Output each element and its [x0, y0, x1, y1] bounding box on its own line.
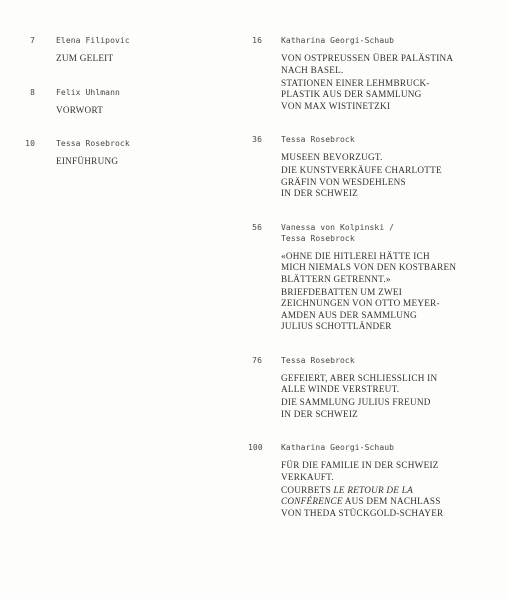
toc-column-left: 7Elena FilipovicZUM GELEIT8Felix Uhlmann…	[25, 35, 240, 190]
title-group: BRIEFDEBATTEN UM ZWEIZEICHNUNGEN VON OTT…	[281, 287, 503, 333]
title-line: CONFÉRENCE AUS DEM NACHLASS	[281, 496, 503, 508]
title-line: GRÄFIN VON WESDEHLENS	[281, 177, 503, 189]
title-line-segment: PLASTIK AUS DER SAMMLUNG	[281, 89, 422, 99]
title-line: ZEICHNUNGEN VON OTTO MEYER-	[281, 298, 503, 310]
title-line-segment: AMDEN AUS DER SAMMLUNG	[281, 310, 417, 320]
title-line: IN DER SCHWEIZ	[281, 188, 503, 200]
entry-authors: Vanessa von Kolpinski /Tessa Rosebrock	[281, 222, 503, 244]
page-number: 56	[248, 222, 262, 233]
title-line: AMDEN AUS DER SAMMLUNG	[281, 310, 503, 322]
title-group: VORWORT	[56, 105, 240, 117]
title-group: DIE SAMMLUNG JULIUS FREUNDIN DER SCHWEIZ	[281, 397, 503, 420]
title-line-segment: ZEICHNUNGEN VON OTTO MEYER-	[281, 298, 440, 308]
title-line: MICH NIEMALS VON DEN KOSTBAREN	[281, 262, 503, 274]
author-name: Felix Uhlmann	[56, 87, 240, 98]
title-line: ALLE WINDE VERSTREUT.	[281, 384, 503, 396]
title-line-segment: GRÄFIN VON WESDEHLENS	[281, 177, 406, 187]
title-line: ZUM GELEIT	[56, 53, 240, 65]
toc-entry-page-8: 8Felix UhlmannVORWORT	[25, 87, 240, 117]
title-line: BRIEFDEBATTEN UM ZWEI	[281, 287, 503, 299]
author-name: Tessa Rosebrock	[56, 138, 240, 149]
entry-authors: Felix Uhlmann	[56, 87, 240, 98]
title-line-segment: MICH NIEMALS VON DEN KOSTBAREN	[281, 262, 456, 272]
title-group: ZUM GELEIT	[56, 53, 240, 65]
title-line-segment: VORWORT	[56, 105, 103, 115]
title-line: IN DER SCHWEIZ	[281, 409, 503, 421]
title-line: FÜR DIE FAMILIE IN DER SCHWEIZ	[281, 460, 503, 472]
toc-page: 7Elena FilipovicZUM GELEIT8Felix Uhlmann…	[0, 0, 507, 600]
title-group: MUSEEN BEVORZUGT.	[281, 152, 503, 164]
entry-head: 56Vanessa von Kolpinski /Tessa Rosebrock	[248, 222, 503, 244]
entry-title: MUSEEN BEVORZUGT.DIE KUNSTVERKÄUFE CHARL…	[281, 152, 503, 200]
title-line-segment: AUS DEM NACHLASS	[343, 496, 441, 506]
page-number: 10	[25, 138, 35, 149]
title-line: BLÄTTERN GETRENNT.»	[281, 274, 503, 286]
entry-title: VORWORT	[56, 105, 240, 117]
title-line-segment: MUSEEN BEVORZUGT.	[281, 152, 383, 162]
entry-authors: Tessa Rosebrock	[281, 355, 503, 366]
entry-title: EINFÜHRUNG	[56, 156, 240, 168]
title-line: VON OSTPREUSSEN ÜBER PALÄSTINA	[281, 53, 503, 65]
title-line: VON THEDA STÜCKGOLD-SCHAYER	[281, 508, 503, 520]
title-line: PLASTIK AUS DER SAMMLUNG	[281, 89, 503, 101]
title-line-segment: VON OSTPREUSSEN ÜBER PALÄSTINA	[281, 53, 453, 63]
title-line: COURBETS LE RETOUR DE LA	[281, 485, 503, 497]
entry-authors: Tessa Rosebrock	[56, 138, 240, 149]
title-group: «OHNE DIE HITLEREI HÄTTE ICHMICH NIEMALS…	[281, 251, 503, 286]
title-line-segment: EINFÜHRUNG	[56, 156, 118, 166]
title-line: VERKAUFT.	[281, 472, 503, 484]
title-group: FÜR DIE FAMILIE IN DER SCHWEIZVERKAUFT.	[281, 460, 503, 483]
entry-title: VON OSTPREUSSEN ÜBER PALÄSTINANACH BASEL…	[281, 53, 503, 112]
title-line-segment: VON THEDA STÜCKGOLD-SCHAYER	[281, 508, 443, 518]
entry-head: 10Tessa Rosebrock	[25, 138, 240, 149]
page-number: 16	[248, 35, 262, 46]
title-group: VON OSTPREUSSEN ÜBER PALÄSTINANACH BASEL…	[281, 53, 503, 76]
title-line-italic-segment: CONFÉRENCE	[281, 496, 343, 506]
title-line-segment: GEFEIERT, ABER SCHLIESSLICH IN	[281, 373, 437, 383]
title-line: JULIUS SCHOTTLÄNDER	[281, 321, 503, 333]
title-line-italic-segment: LE RETOUR DE LA	[334, 485, 413, 495]
entry-head: 36Tessa Rosebrock	[248, 134, 503, 145]
author-name: Vanessa von Kolpinski /	[281, 222, 503, 233]
title-line-segment: BLÄTTERN GETRENNT.»	[281, 274, 391, 284]
page-number: 7	[25, 35, 35, 46]
page-number: 76	[248, 355, 262, 366]
title-line: DIE KUNSTVERKÄUFE CHARLOTTE	[281, 165, 503, 177]
author-name: Katharina Georgi-Schaub	[281, 442, 503, 453]
title-line-segment: «OHNE DIE HITLEREI HÄTTE ICH	[281, 251, 430, 261]
toc-column-right: 16Katharina Georgi-SchaubVON OSTPREUSSEN…	[248, 35, 503, 541]
entry-authors: Tessa Rosebrock	[281, 134, 503, 145]
title-line: «OHNE DIE HITLEREI HÄTTE ICH	[281, 251, 503, 263]
title-line-segment: FÜR DIE FAMILIE IN DER SCHWEIZ	[281, 460, 439, 470]
page-number: 8	[25, 87, 35, 98]
title-line-segment: DIE KUNSTVERKÄUFE CHARLOTTE	[281, 165, 442, 175]
toc-entry-page-36: 36Tessa RosebrockMUSEEN BEVORZUGT.DIE KU…	[248, 134, 503, 200]
title-line-segment: STATIONEN EINER LEHMBRUCK-	[281, 78, 430, 88]
title-group: GEFEIERT, ABER SCHLIESSLICH INALLE WINDE…	[281, 373, 503, 396]
title-line: NACH BASEL.	[281, 65, 503, 77]
page-number: 100	[248, 442, 262, 453]
entry-authors: Katharina Georgi-Schaub	[281, 442, 503, 453]
entry-title: GEFEIERT, ABER SCHLIESSLICH INALLE WINDE…	[281, 373, 503, 421]
entry-head: 76Tessa Rosebrock	[248, 355, 503, 366]
entry-head: 8Felix Uhlmann	[25, 87, 240, 98]
title-line-segment: VON MAX WISTINETZKI	[281, 101, 390, 111]
entry-head: 16Katharina Georgi-Schaub	[248, 35, 503, 46]
title-line-segment: NACH BASEL.	[281, 65, 343, 75]
title-line-segment: DIE SAMMLUNG JULIUS FREUND	[281, 397, 431, 407]
title-line-segment: ALLE WINDE VERSTREUT.	[281, 384, 399, 394]
title-line-segment: VERKAUFT.	[281, 472, 334, 482]
entry-title: «OHNE DIE HITLEREI HÄTTE ICHMICH NIEMALS…	[281, 251, 503, 333]
title-line: STATIONEN EINER LEHMBRUCK-	[281, 78, 503, 90]
author-name: Tessa Rosebrock	[281, 134, 503, 145]
toc-entry-page-76: 76Tessa RosebrockGEFEIERT, ABER SCHLIESS…	[248, 355, 503, 421]
toc-entry-page-56: 56Vanessa von Kolpinski /Tessa Rosebrock…	[248, 222, 503, 333]
title-line: VON MAX WISTINETZKI	[281, 101, 503, 113]
author-name: Katharina Georgi-Schaub	[281, 35, 503, 46]
title-line: MUSEEN BEVORZUGT.	[281, 152, 503, 164]
title-line-segment: JULIUS SCHOTTLÄNDER	[281, 321, 392, 331]
author-name: Tessa Rosebrock	[281, 233, 503, 244]
entry-title: FÜR DIE FAMILIE IN DER SCHWEIZVERKAUFT.C…	[281, 460, 503, 519]
title-group: DIE KUNSTVERKÄUFE CHARLOTTEGRÄFIN VON WE…	[281, 165, 503, 200]
title-line-segment: BRIEFDEBATTEN UM ZWEI	[281, 287, 402, 297]
page-number: 36	[248, 134, 262, 145]
toc-entry-page-100: 100Katharina Georgi-SchaubFÜR DIE FAMILI…	[248, 442, 503, 519]
author-name: Elena Filipovic	[56, 35, 240, 46]
title-line-segment: COURBETS	[281, 485, 334, 495]
title-line: EINFÜHRUNG	[56, 156, 240, 168]
entry-title: ZUM GELEIT	[56, 53, 240, 65]
title-line: VORWORT	[56, 105, 240, 117]
title-line-segment: IN DER SCHWEIZ	[281, 188, 358, 198]
toc-entry-page-7: 7Elena FilipovicZUM GELEIT	[25, 35, 240, 65]
entry-head: 100Katharina Georgi-Schaub	[248, 442, 503, 453]
title-line: GEFEIERT, ABER SCHLIESSLICH IN	[281, 373, 503, 385]
entry-authors: Elena Filipovic	[56, 35, 240, 46]
entry-authors: Katharina Georgi-Schaub	[281, 35, 503, 46]
title-group: EINFÜHRUNG	[56, 156, 240, 168]
title-line: DIE SAMMLUNG JULIUS FREUND	[281, 397, 503, 409]
entry-head: 7Elena Filipovic	[25, 35, 240, 46]
title-group: STATIONEN EINER LEHMBRUCK-PLASTIK AUS DE…	[281, 78, 503, 113]
toc-entry-page-10: 10Tessa RosebrockEINFÜHRUNG	[25, 138, 240, 168]
title-line-segment: ZUM GELEIT	[56, 53, 113, 63]
author-name: Tessa Rosebrock	[281, 355, 503, 366]
title-group: COURBETS LE RETOUR DE LACONFÉRENCE AUS D…	[281, 485, 503, 520]
toc-entry-page-16: 16Katharina Georgi-SchaubVON OSTPREUSSEN…	[248, 35, 503, 112]
title-line-segment: IN DER SCHWEIZ	[281, 409, 358, 419]
